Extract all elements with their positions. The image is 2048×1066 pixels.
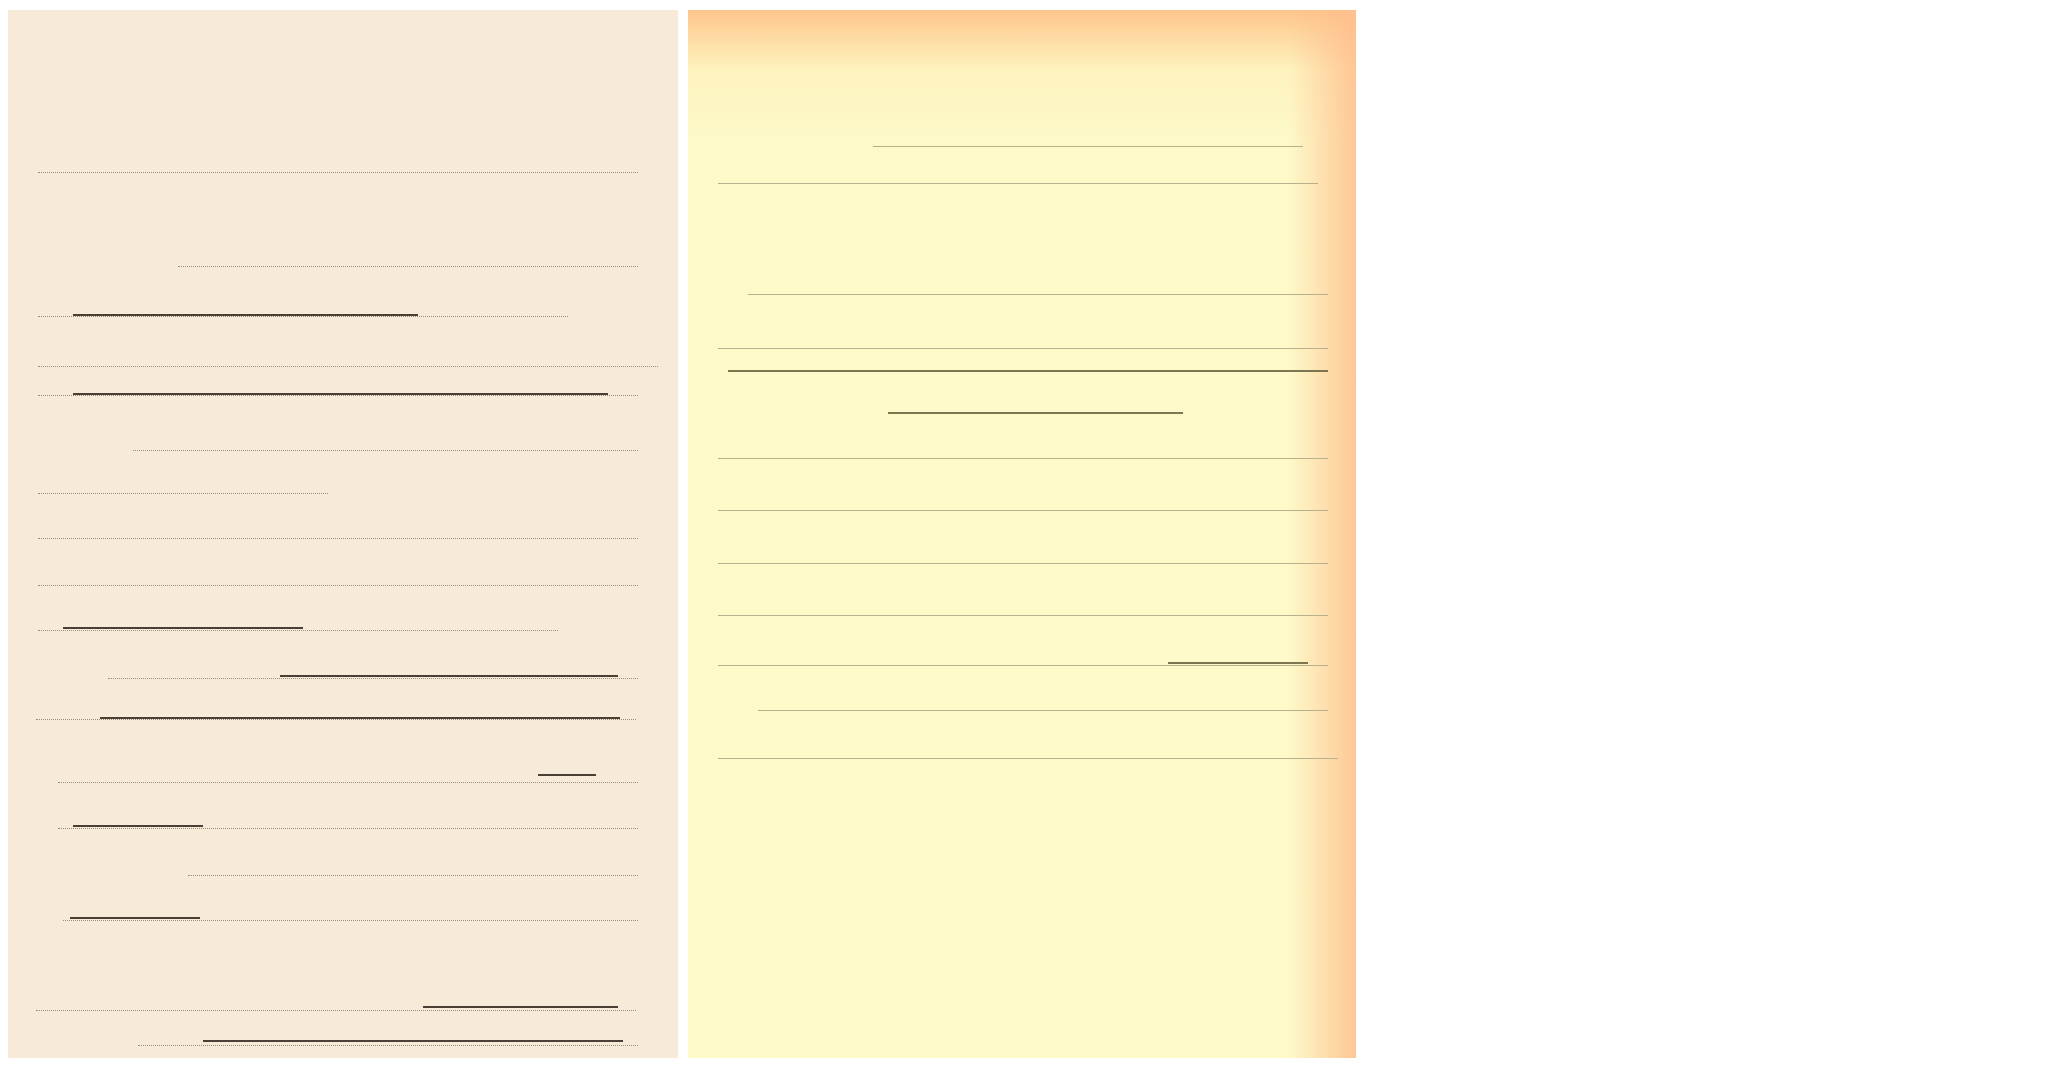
fill-line bbox=[1168, 662, 1308, 664]
fill-line bbox=[538, 774, 596, 776]
ruled-line bbox=[718, 348, 1328, 349]
fill-line bbox=[73, 825, 203, 827]
ruled-line bbox=[38, 172, 638, 173]
ruled-line bbox=[188, 875, 638, 876]
ruled-line bbox=[138, 1045, 638, 1046]
register-page-a bbox=[8, 10, 678, 1058]
ruled-line bbox=[108, 678, 638, 679]
ruled-line bbox=[58, 828, 638, 829]
register-page-b bbox=[688, 10, 1356, 1058]
ruled-line bbox=[718, 615, 1328, 616]
ruled-line bbox=[58, 782, 638, 783]
ruled-line bbox=[758, 710, 1328, 711]
ruled-line bbox=[718, 665, 1328, 666]
fill-line bbox=[728, 370, 1328, 372]
fill-line bbox=[203, 1040, 623, 1042]
fill-line bbox=[423, 1006, 618, 1008]
ruled-line bbox=[38, 585, 638, 586]
ruled-line bbox=[63, 920, 638, 921]
ruled-line bbox=[38, 538, 638, 539]
ruled-line bbox=[36, 719, 636, 720]
ruled-line bbox=[718, 510, 1328, 511]
ruled-line bbox=[748, 294, 1328, 295]
ruled-line bbox=[38, 316, 568, 317]
ruled-line bbox=[36, 1010, 636, 1011]
ruled-line bbox=[718, 183, 1318, 184]
fill-line bbox=[70, 917, 200, 919]
ruled-line bbox=[718, 563, 1328, 564]
fill-line bbox=[63, 627, 303, 629]
fill-line bbox=[888, 412, 1183, 414]
ruled-line bbox=[38, 493, 328, 494]
ruled-line bbox=[38, 630, 558, 631]
ruled-line bbox=[133, 450, 638, 451]
ruled-line bbox=[38, 366, 658, 367]
ruled-line bbox=[178, 266, 638, 267]
ruled-line bbox=[873, 146, 1303, 147]
ruled-line bbox=[718, 458, 1328, 459]
fill-line bbox=[280, 675, 618, 677]
ruled-line bbox=[38, 395, 638, 396]
ruled-line bbox=[718, 758, 1338, 759]
